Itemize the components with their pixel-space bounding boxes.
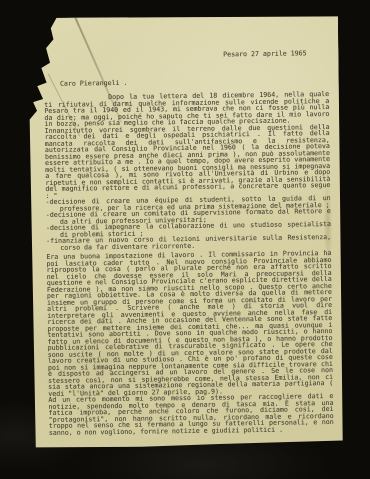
- decision-item-4: -finanziare un nuovo corso di lezioni un…: [46, 234, 331, 251]
- salutation: Caro Pierangeli .: [60, 76, 329, 86]
- paragraph-assessment: Era una buona impostazione di lavoro . I…: [46, 250, 333, 397]
- paragraph-opening: Dopo la tua lettera del 18 dicembre 1964…: [44, 91, 329, 127]
- decision-list: -decisione di creare una équipe di stude…: [46, 195, 332, 251]
- letter-body: Dopo la tua lettera del 18 dicembre 1964…: [44, 91, 334, 436]
- paragraph-premise: Innanzitutto vorrei sgombrare il terreno…: [45, 123, 331, 198]
- dateline: Pesaro 27 aprile 1965: [43, 14, 329, 60]
- letter-content: Pesaro 27 aprile 1965 Caro Pierangeli . …: [43, 14, 334, 436]
- letter-page: Pesaro 27 aprile 1965 Caro Pierangeli . …: [27, 14, 344, 449]
- paragraph-closing: Ad un certo momento mi sono messo io ste…: [48, 393, 334, 436]
- photo-background: Pesaro 27 aprile 1965 Caro Pierangeli . …: [0, 0, 370, 479]
